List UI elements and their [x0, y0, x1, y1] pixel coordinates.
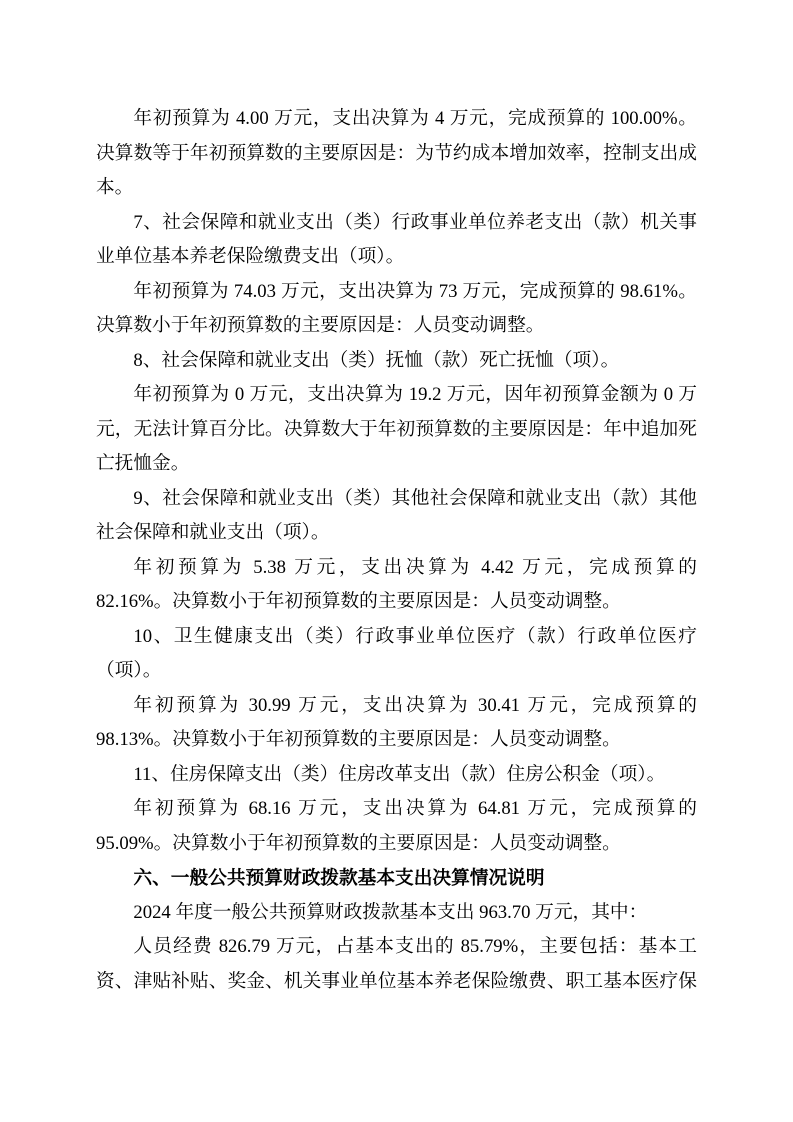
text-line: 年初预算为 68.16 万元，支出决算为 64.81 万元，完成预算的: [96, 792, 697, 827]
text-line: 2024 年度一般公共预算财政拨款基本支出 963.70 万元，其中：: [96, 896, 697, 931]
text-line: 年初预算为 0 万元，支出决算为 19.2 万元，因年初预算金额为 0 万: [96, 378, 697, 413]
text-line: 本。: [96, 171, 697, 206]
text-line: 决算数等于年初预算数的主要原因是：为节约成本增加效率，控制支出成: [96, 137, 697, 172]
text-line: 亡抚恤金。: [96, 447, 697, 482]
body-paragraph: 9、社会保障和就业支出（类）其他社会保障和就业支出（款）其他社会保障和就业支出（…: [96, 482, 697, 551]
document-page: 年初预算为 4.00 万元，支出决算为 4 万元，完成预算的 100.00%。决…: [0, 0, 793, 1122]
text-line: 11、住房保障支出（类）住房改革支出（款）住房公积金（项）。: [96, 758, 697, 793]
body-paragraph: 8、社会保障和就业支出（类）抚恤（款）死亡抚恤（项）。: [96, 344, 697, 379]
text-line: （项）。: [96, 654, 697, 689]
text-line: 人员经费 826.79 万元，占基本支出的 85.79%，主要包括：基本工: [96, 930, 697, 965]
text-line: 9、社会保障和就业支出（类）其他社会保障和就业支出（款）其他: [96, 482, 697, 517]
text-line: 7、社会保障和就业支出（类）行政事业单位养老支出（款）机关事: [96, 206, 697, 241]
body-paragraph: 年初预算为 5.38 万元，支出决算为 4.42 万元，完成预算的82.16%。…: [96, 551, 697, 620]
text-line: 决算数小于年初预算数的主要原因是：人员变动调整。: [96, 309, 697, 344]
text-line: 年初预算为 5.38 万元，支出决算为 4.42 万元，完成预算的: [96, 551, 697, 586]
body-paragraph: 年初预算为 4.00 万元，支出决算为 4 万元，完成预算的 100.00%。决…: [96, 102, 697, 206]
text-line: 六、一般公共预算财政拨款基本支出决算情况说明: [96, 861, 697, 896]
text-line: 年初预算为 74.03 万元，支出决算为 73 万元，完成预算的 98.61%。: [96, 275, 697, 310]
body-paragraph: 年初预算为 68.16 万元，支出决算为 64.81 万元，完成预算的95.09…: [96, 792, 697, 861]
body-paragraph: 11、住房保障支出（类）住房改革支出（款）住房公积金（项）。: [96, 758, 697, 793]
text-line: 95.09%。决算数小于年初预算数的主要原因是：人员变动调整。: [96, 827, 697, 862]
body-paragraph: 2024 年度一般公共预算财政拨款基本支出 963.70 万元，其中：: [96, 896, 697, 931]
text-line: 社会保障和就业支出（项）。: [96, 516, 697, 551]
text-line: 8、社会保障和就业支出（类）抚恤（款）死亡抚恤（项）。: [96, 344, 697, 379]
text-line: 年初预算为 30.99 万元，支出决算为 30.41 万元，完成预算的: [96, 689, 697, 724]
text-line: 82.16%。决算数小于年初预算数的主要原因是：人员变动调整。: [96, 585, 697, 620]
body-paragraph: 年初预算为 30.99 万元，支出决算为 30.41 万元，完成预算的98.13…: [96, 689, 697, 758]
section-heading: 六、一般公共预算财政拨款基本支出决算情况说明: [96, 861, 697, 896]
body-paragraph: 人员经费 826.79 万元，占基本支出的 85.79%，主要包括：基本工资、津…: [96, 930, 697, 999]
text-line: 98.13%。决算数小于年初预算数的主要原因是：人员变动调整。: [96, 723, 697, 758]
text-line: 10、卫生健康支出（类）行政事业单位医疗（款）行政单位医疗: [96, 620, 697, 655]
body-paragraph: 7、社会保障和就业支出（类）行政事业单位养老支出（款）机关事业单位基本养老保险缴…: [96, 206, 697, 275]
text-line: 元，无法计算百分比。决算数大于年初预算数的主要原因是：年中追加死: [96, 413, 697, 448]
body-paragraph: 年初预算为 74.03 万元，支出决算为 73 万元，完成预算的 98.61%。…: [96, 275, 697, 344]
text-line: 资、津贴补贴、奖金、机关事业单位基本养老保险缴费、职工基本医疗保: [96, 965, 697, 1000]
body-paragraph: 年初预算为 0 万元，支出决算为 19.2 万元，因年初预算金额为 0 万元，无…: [96, 378, 697, 482]
document-content: 年初预算为 4.00 万元，支出决算为 4 万元，完成预算的 100.00%。决…: [0, 0, 793, 999]
body-paragraph: 10、卫生健康支出（类）行政事业单位医疗（款）行政单位医疗（项）。: [96, 620, 697, 689]
text-line: 年初预算为 4.00 万元，支出决算为 4 万元，完成预算的 100.00%。: [96, 102, 697, 137]
text-line: 业单位基本养老保险缴费支出（项）。: [96, 240, 697, 275]
